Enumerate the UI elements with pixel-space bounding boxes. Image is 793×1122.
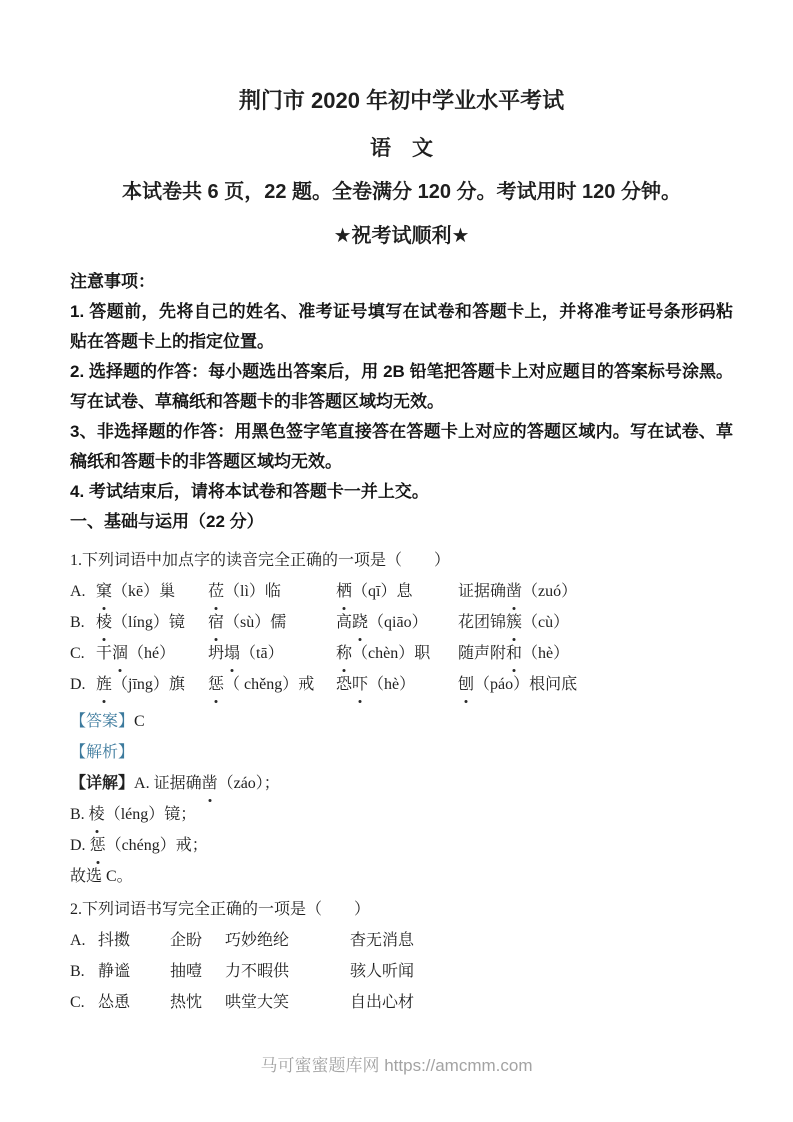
option-word: 干涸（hé） [96, 638, 208, 669]
option-word: 热忱 [170, 987, 225, 1018]
notice-item-3: 3、非选择题的作答：用黑色签字笔直接答在答题卡上对应的答题区域内。写在试卷、草稿… [70, 417, 733, 477]
q2-option-row-a: A. 抖擞 企盼 巧妙绝纶 杳无消息 [70, 925, 733, 956]
dotted-char: 凿 [506, 576, 522, 607]
option-word: 刨（páo）根问底 [458, 669, 733, 700]
option-word: 自出心材 [350, 987, 733, 1018]
option-word: 证据确凿（zuó） [458, 576, 733, 607]
analysis-label: 【解析】 [70, 737, 733, 768]
detail-line-b: B. 棱（léng）镜； [70, 799, 733, 830]
section-1-heading: 一、基础与运用（22 分） [70, 507, 733, 537]
option-label: D. [70, 669, 96, 700]
notices-heading: 注意事项： [70, 267, 733, 297]
option-label: C. [70, 638, 96, 669]
exam-title: 荆门市 2020 年初中学业水平考试 [70, 86, 733, 116]
dotted-char: 栖 [336, 576, 352, 607]
notices-block: 注意事项： 1. 答题前，先将自己的姓名、准考证号填写在试卷和答题卡上，并将准考… [70, 267, 733, 537]
option-word: 花团锦簇（cù） [458, 607, 733, 638]
q1-option-row-c: C. 干涸（hé） 坍塌（tā） 称（chèn）职 随声附和（hè） [70, 638, 733, 669]
dotted-char: 莅 [208, 576, 224, 607]
q2-option-row-c: C. 怂恿 热忱 哄堂大笑 自出心材 [70, 987, 733, 1018]
dotted-char: 涸 [112, 638, 128, 669]
option-word: 棱（líng）镜 [96, 607, 208, 638]
option-word: 巧妙绝纶 [225, 925, 350, 956]
option-word: 栖（qī）息 [336, 576, 458, 607]
option-word: 哄堂大笑 [225, 987, 350, 1018]
option-word: 力不暇供 [225, 956, 350, 987]
answer-line: 【答案】C [70, 706, 733, 737]
dotted-char: 塌 [224, 638, 240, 669]
option-word: 惩（ chěng）戒 [208, 669, 336, 700]
option-label: A. [70, 925, 98, 956]
dotted-char: 跷 [352, 607, 368, 638]
option-word: 坍塌（tā） [208, 638, 336, 669]
dotted-char: 和 [506, 638, 522, 669]
answer-value: C [134, 713, 145, 730]
q1-option-row-d: D. 旌（jīng）旗 惩（ chěng）戒 恐吓（hè） 刨（páo）根问底 [70, 669, 733, 700]
option-word: 抖擞 [98, 925, 170, 956]
option-word: 怂恿 [98, 987, 170, 1018]
option-word: 旌（jīng）旗 [96, 669, 208, 700]
answer-label: 【答案】 [70, 713, 134, 730]
detail-line-d: D. 惩（chéng）戒； [70, 830, 733, 861]
dotted-char: 惩 [208, 669, 224, 700]
dotted-char: 吓 [352, 669, 368, 700]
notice-item-1: 1. 答题前，先将自己的姓名、准考证号填写在试卷和答题卡上，并将准考证号条形码粘… [70, 297, 733, 357]
notice-item-4: 4. 考试结束后，请将本试卷和答题卡一并上交。 [70, 477, 733, 507]
footer-watermark: 马可蜜蜜题库网 https://amcmm.com [0, 1051, 793, 1076]
dotted-char: 棱 [96, 607, 112, 638]
dotted-char: 宿 [208, 607, 224, 638]
exam-info-line: 本试卷共 6 页，22 题。全卷满分 120 分。考试用时 120 分钟。 [70, 177, 733, 207]
option-word: 宿（sù）儒 [208, 607, 336, 638]
dotted-char: 惩 [90, 830, 106, 861]
question-2-stem: 2.下列词语书写完全正确的一项是（ ） [70, 894, 733, 925]
option-word: 随声附和（hè） [458, 638, 733, 669]
option-word: 企盼 [170, 925, 225, 956]
option-word: 窠（kē）巢 [96, 576, 208, 607]
notice-item-2: 2. 选择题的作答：每小题选出答案后，用 2B 铅笔把答题卡上对应题目的答案标号… [70, 357, 733, 417]
exam-subject: 语 文 [70, 134, 733, 164]
option-label: B. [70, 607, 96, 638]
option-word: 杳无消息 [350, 925, 733, 956]
option-word: 骇人听闻 [350, 956, 733, 987]
dotted-char: 窠 [96, 576, 112, 607]
detail-label: 【详解】 [70, 775, 134, 792]
option-word: 高跷（qiāo） [336, 607, 458, 638]
q1-option-row-a: A. 窠（kē）巢 莅（lì）临 栖（qī）息 证据确凿（zuó） [70, 576, 733, 607]
option-word: 抽噎 [170, 956, 225, 987]
option-label: A. [70, 576, 96, 607]
option-word: 静谧 [98, 956, 170, 987]
dotted-char: 刨 [458, 669, 474, 700]
option-word: 莅（lì）临 [208, 576, 336, 607]
question-1-stem: 1.下列词语中加点字的读音完全正确的一项是（ ） [70, 545, 733, 576]
detail-line-a: 【详解】A. 证据确凿（záo）； [70, 768, 733, 799]
dotted-char: 旌 [96, 669, 112, 700]
exam-wish-line: ★祝考试顺利★ [70, 221, 733, 251]
option-label: C. [70, 987, 98, 1018]
exam-document-page: 荆门市 2020 年初中学业水平考试 语 文 本试卷共 6 页，22 题。全卷满… [0, 0, 793, 1122]
option-word: 称（chèn）职 [336, 638, 458, 669]
dotted-char: 棱 [89, 799, 105, 830]
dotted-char: 凿 [202, 768, 218, 799]
option-label: B. [70, 956, 98, 987]
dotted-char: 簇 [506, 607, 522, 638]
option-word: 恐吓（hè） [336, 669, 458, 700]
q1-option-row-b: B. 棱（líng）镜 宿（sù）儒 高跷（qiāo） 花团锦簇（cù） [70, 607, 733, 638]
dotted-char: 称 [336, 638, 352, 669]
conclusion-line: 故选 C。 [70, 861, 733, 892]
q2-option-row-b: B. 静谧 抽噎 力不暇供 骇人听闻 [70, 956, 733, 987]
